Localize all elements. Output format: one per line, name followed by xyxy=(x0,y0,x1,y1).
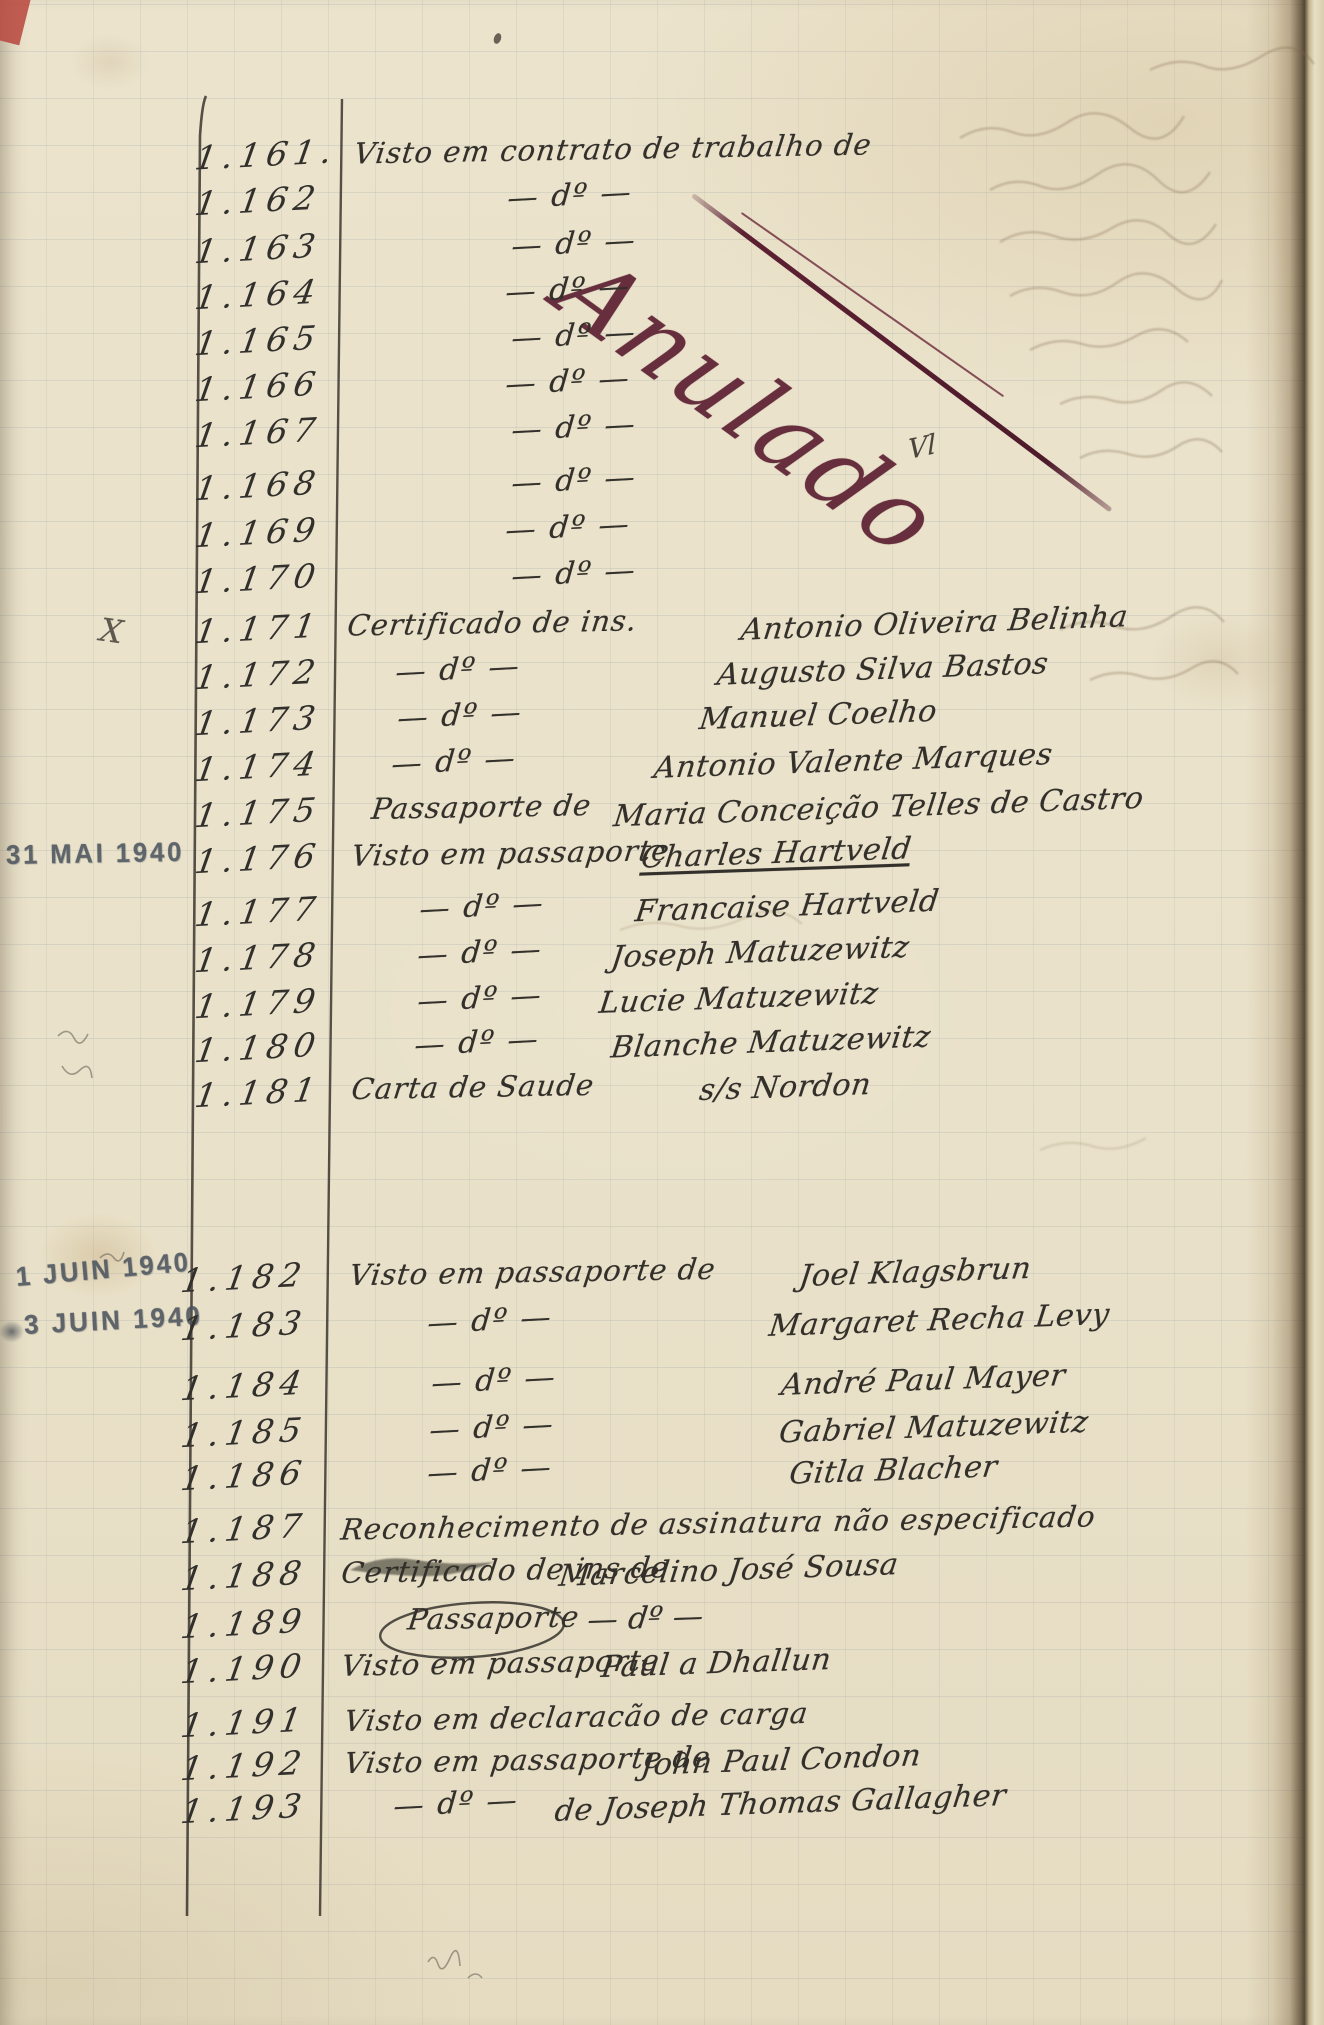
entry-number: 1.166 xyxy=(192,364,324,409)
ledger-row: 1.163 — dº — xyxy=(0,226,1324,268)
entry-number: 1.189 xyxy=(178,1601,310,1646)
ledger-row: 1.169 — dº — xyxy=(0,510,1324,552)
entry-number: 1.175 xyxy=(192,790,324,835)
entry-description: — dº — xyxy=(510,315,638,356)
red-corner-mark xyxy=(0,0,32,45)
ledger-row: 1.186 — dº — Gitla Blacher xyxy=(0,1453,1324,1495)
entry-description: — dº — xyxy=(392,1783,520,1824)
entry-description: — dº — xyxy=(510,553,638,594)
entry-description: — dº — xyxy=(510,460,638,501)
entry-description: — dº — xyxy=(510,223,638,264)
entry-number: 1.174 xyxy=(192,744,324,789)
entry-description: — dº — xyxy=(506,175,634,216)
entry-description: — dº — xyxy=(394,649,522,690)
entry-number: 1.188 xyxy=(178,1553,310,1598)
paper-stain xyxy=(70,34,150,90)
entry-number: 1.183 xyxy=(178,1303,310,1348)
entry-name: Antonio Valente Marques xyxy=(652,737,1055,786)
entry-name: de Joseph Thomas Gallagher xyxy=(553,1778,1009,1829)
entry-description: Visto em contrato de trabalho de xyxy=(352,127,874,170)
entry-number: 1.170 xyxy=(192,556,324,601)
entry-number: 1.167 xyxy=(192,410,324,455)
entry-number: 1.164 xyxy=(192,272,324,317)
ledger-row: 1.185 — dº — Gabriel Matuzewitz xyxy=(0,1410,1324,1452)
ledger-row: 1.189 Passaporte — dº — xyxy=(0,1601,1324,1643)
entry-number: 1.182 xyxy=(178,1255,310,1300)
ledger-row: 1.187 Reconhecimento de assinatura não e… xyxy=(0,1506,1324,1548)
entry-number: 1.169 xyxy=(192,510,324,555)
ledger-row: 1.184 — dº — André Paul Mayer xyxy=(0,1363,1324,1405)
entry-number: 1.181 xyxy=(192,1070,324,1115)
entry-description: — dº — xyxy=(416,932,544,973)
entry-name: Lucie Matuzewitz xyxy=(597,976,880,1021)
entry-number: 1.179 xyxy=(192,981,324,1026)
ledger-row: 1.181 Carta de Saude s/s Nordon xyxy=(0,1070,1324,1112)
entry-name: — dº — xyxy=(586,1599,706,1638)
entry-name: André Paul Mayer xyxy=(779,1358,1067,1403)
entry-description: Passaporte de xyxy=(370,788,594,826)
ink-dot xyxy=(492,32,502,45)
entry-description: Reconhecimento de assinatura não especif… xyxy=(339,1499,1098,1546)
entry-name: Paul a Dhallun xyxy=(599,1642,833,1685)
ledger-row: 1.162 — dº — xyxy=(0,178,1324,220)
entry-number: 1.178 xyxy=(192,935,324,980)
ledger-row: 1.178 — dº — Joseph Matuzewitz xyxy=(0,935,1324,977)
entry-number: 1.187 xyxy=(178,1506,310,1551)
entry-number: 1.191 xyxy=(178,1700,310,1745)
entry-number: 1.186 xyxy=(178,1453,310,1498)
ledger-row: 1.177 — dº — Francaise Hartveld xyxy=(0,889,1324,931)
entry-description: — dº — xyxy=(504,361,632,402)
ledger-row: 1.180 — dº — Blanche Matuzewitz xyxy=(0,1025,1324,1067)
entry-description: Carta de Saude xyxy=(350,1068,597,1106)
entry-number: 1.162 xyxy=(192,178,324,223)
ledger-row: 1.166 — dº — xyxy=(0,364,1324,406)
entry-name: Joel Klagsbrun xyxy=(797,1251,1033,1294)
ledger-row: 1.167 — dº — xyxy=(0,410,1324,452)
entry-name: Augusto Silva Bastos xyxy=(715,646,1050,692)
entry-name: Margaret Recha Levy xyxy=(767,1297,1112,1344)
entry-description: Visto em declaracão de carga xyxy=(342,1696,810,1738)
ledger-row: 1.190 Visto em passaporte Paul a Dhallun xyxy=(0,1646,1324,1688)
margin-mark: X xyxy=(97,611,125,652)
ledger-row: 1.173 — dº — Manuel Coelho xyxy=(0,698,1324,740)
entry-description: — dº — xyxy=(430,1360,558,1401)
entry-description: — dº — xyxy=(504,269,632,310)
entry-name: Joseph Matuzewitz xyxy=(609,930,911,975)
entry-number: 1.165 xyxy=(192,318,324,363)
entry-number: 1.184 xyxy=(178,1363,310,1408)
ledger-row: 1.175 Passaporte de Maria Conceição Tell… xyxy=(0,790,1324,832)
entry-description: — dº — xyxy=(413,1022,541,1063)
entry-description: Passaporte xyxy=(406,1600,582,1637)
ledger-row: 1.192 Visto em passaporte de John Paul C… xyxy=(0,1743,1324,1785)
entry-number: 1.193 xyxy=(178,1786,310,1831)
entry-description: — dº — xyxy=(418,886,546,927)
ledger-row: 1.168 — dº — xyxy=(0,463,1324,505)
entry-description: Certificado de ins. xyxy=(346,603,640,642)
entry-name: s/s Nordon xyxy=(697,1067,873,1108)
ledger-row: 1.193 — dº — de Joseph Thomas Gallagher xyxy=(0,1786,1324,1828)
entry-name: Charles Hartveld xyxy=(639,831,913,875)
entry-description: — dº — xyxy=(426,1450,554,1491)
entry-number: 1.190 xyxy=(178,1646,310,1691)
ledger-row: 1.191 Visto em declaracão de carga xyxy=(0,1700,1324,1742)
entry-description: — dº — xyxy=(426,1300,554,1341)
ledger-page: Anulado Vl 31 MAI 1940 1 JUIN 1940 3 JUI… xyxy=(0,0,1324,2025)
ledger-row: 1.165 — dº — xyxy=(0,318,1324,360)
entry-description: — dº — xyxy=(396,695,524,736)
entry-description: — dº — xyxy=(510,407,638,448)
entry-number: 1.171 xyxy=(192,606,324,651)
ledger-row: 1.182 Visto em passaporte de Joel Klagsb… xyxy=(0,1255,1324,1297)
ledger-row: X 1.171 Certificado de ins. Antonio Oliv… xyxy=(0,606,1324,648)
entry-number: 1.163 xyxy=(192,226,324,271)
entry-number: 1.176 xyxy=(192,836,324,881)
ledger-row: 1.174 — dº — Antonio Valente Marques xyxy=(0,744,1324,786)
entry-number: 1.177 xyxy=(192,889,324,934)
entry-number: 1.161. xyxy=(192,131,341,177)
entry-description: — dº — xyxy=(416,978,544,1019)
entry-name: Maria Conceição Telles de Castro xyxy=(612,781,1146,834)
entry-number: 1.180 xyxy=(192,1025,324,1070)
entry-name: Gitla Blacher xyxy=(787,1449,999,1491)
entry-name: Blanche Matuzewitz xyxy=(609,1019,933,1065)
entry-number: 1.168 xyxy=(192,463,324,508)
entry-description: — dº — xyxy=(504,507,632,548)
ledger-row: 1.183 — dº — Margaret Recha Levy xyxy=(0,1303,1324,1345)
pencil-smudge xyxy=(58,1031,482,1978)
entry-description: Visto em passaporte de xyxy=(347,1252,717,1292)
entry-name: Manuel Coelho xyxy=(697,694,939,737)
ledger-row: 1.161. Visto em contrato de trabalho de xyxy=(0,132,1324,174)
ledger-row: 1.170 — dº — xyxy=(0,556,1324,598)
entry-number: 1.185 xyxy=(178,1410,310,1455)
entry-description: — dº — xyxy=(390,741,518,782)
entry-number: 1.192 xyxy=(178,1743,310,1788)
ledger-row: 1.188 Certificado de ins de Marcelino Jo… xyxy=(0,1553,1324,1595)
entry-description: — dº — xyxy=(428,1407,556,1448)
entry-description: Visto em passaporte xyxy=(350,833,672,873)
ledger-row: 1.164 — dº — xyxy=(0,272,1324,314)
ledger-row: 1.176 Visto em passaporte Charles Hartve… xyxy=(0,836,1324,878)
entry-name: Francaise Hartveld xyxy=(633,884,941,930)
entry-name: Gabriel Matuzewitz xyxy=(777,1405,1090,1451)
ledger-row: 1.172 — dº — Augusto Silva Bastos xyxy=(0,652,1324,694)
entry-number: 1.173 xyxy=(192,698,324,743)
entry-name: Antonio Oliveira Belinha xyxy=(739,599,1130,647)
ledger-row: 1.179 — dº — Lucie Matuzewitz xyxy=(0,981,1324,1023)
entry-number: 1.172 xyxy=(192,652,324,697)
